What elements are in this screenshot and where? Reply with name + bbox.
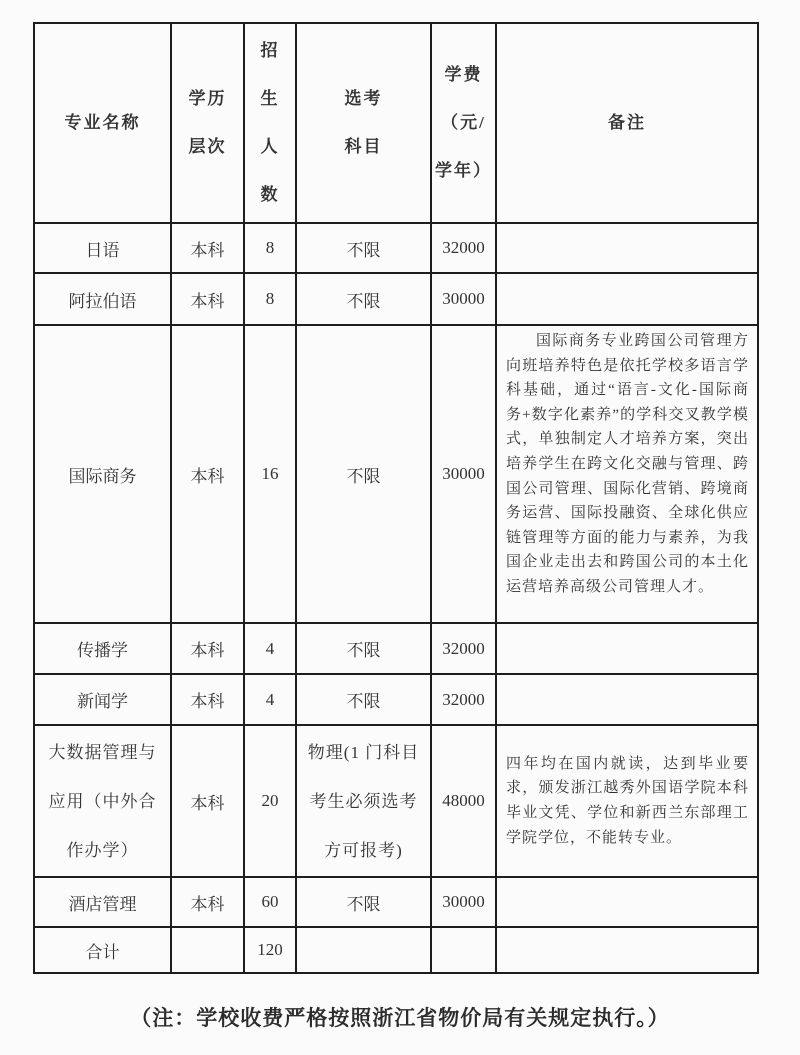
cell-remark [496,927,758,973]
document-page: 专业名称 学历 层次 招 生 人 数 选考 科目 学费 （元/ 学年） 备注 日… [0,0,800,1055]
admissions-table: 专业名称 学历 层次 招 生 人 数 选考 科目 学费 （元/ 学年） 备注 日… [33,22,759,974]
header-major: 专业名称 [34,23,171,223]
cell-level: 本科 [171,674,244,725]
header-tuition: 学费 （元/ 学年） [431,23,496,223]
cell-subjects: 不限 [296,674,431,725]
cell-remark [496,223,758,273]
cell-major: 新闻学 [34,674,171,725]
table-header-row: 专业名称 学历 层次 招 生 人 数 选考 科目 学费 （元/ 学年） 备注 [34,23,758,223]
cell-level [171,927,244,973]
cell-level: 本科 [171,725,244,877]
cell-major: 阿拉伯语 [34,273,171,325]
table-row: 阿拉伯语 本科 8 不限 30000 [34,273,758,325]
cell-remark: 国际商务专业跨国公司管理方向班培养特色是依托学校多语言学科基础，通过“语言-文化… [496,325,758,623]
cell-subjects: 不限 [296,877,431,927]
cell-subjects [296,927,431,973]
cell-remark [496,623,758,674]
cell-tuition: 32000 [431,623,496,674]
cell-tuition: 30000 [431,877,496,927]
cell-level: 本科 [171,223,244,273]
cell-quota: 4 [244,674,296,725]
cell-level: 本科 [171,623,244,674]
cell-level: 本科 [171,877,244,927]
cell-remark [496,877,758,927]
cell-remark: 四年均在国内就读，达到毕业要求，颁发浙江越秀外国语学院本科毕业文凭、学位和新西兰… [496,725,758,877]
header-remark: 备注 [496,23,758,223]
cell-level: 本科 [171,273,244,325]
table-row: 酒店管理 本科 60 不限 30000 [34,877,758,927]
cell-quota: 8 [244,273,296,325]
table-row: 传播学 本科 4 不限 32000 [34,623,758,674]
cell-major: 酒店管理 [34,877,171,927]
cell-tuition: 30000 [431,325,496,623]
cell-subjects: 不限 [296,325,431,623]
header-quota: 招 生 人 数 [244,23,296,223]
cell-major: 国际商务 [34,325,171,623]
cell-quota: 120 [244,927,296,973]
cell-tuition [431,927,496,973]
cell-subjects: 不限 [296,223,431,273]
cell-remark [496,273,758,325]
cell-major: 大数据管理与 应用（中外合 作办学） [34,725,171,877]
header-subjects: 选考 科目 [296,23,431,223]
cell-quota: 8 [244,223,296,273]
cell-quota: 60 [244,877,296,927]
cell-tuition: 32000 [431,674,496,725]
cell-quota: 16 [244,325,296,623]
table-row: 国际商务 本科 16 不限 30000 国际商务专业跨国公司管理方向班培养特色是… [34,325,758,623]
cell-major: 日语 [34,223,171,273]
cell-major: 传播学 [34,623,171,674]
cell-quota: 4 [244,623,296,674]
table-total-row: 合计 120 [34,927,758,973]
cell-remark [496,674,758,725]
cell-quota: 20 [244,725,296,877]
cell-subjects: 不限 [296,623,431,674]
tuition-policy-note: （注：学校收费严格按照浙江省物价局有关规定执行。） [0,1002,800,1032]
cell-tuition: 32000 [431,223,496,273]
header-level: 学历 层次 [171,23,244,223]
cell-level: 本科 [171,325,244,623]
table-row: 日语 本科 8 不限 32000 [34,223,758,273]
cell-subjects: 物理(1 门科目 考生必须选考 方可报考) [296,725,431,877]
cell-tuition: 30000 [431,273,496,325]
cell-tuition: 48000 [431,725,496,877]
table-row: 大数据管理与 应用（中外合 作办学） 本科 20 物理(1 门科目 考生必须选考… [34,725,758,877]
cell-major: 合计 [34,927,171,973]
table-row: 新闻学 本科 4 不限 32000 [34,674,758,725]
cell-subjects: 不限 [296,273,431,325]
